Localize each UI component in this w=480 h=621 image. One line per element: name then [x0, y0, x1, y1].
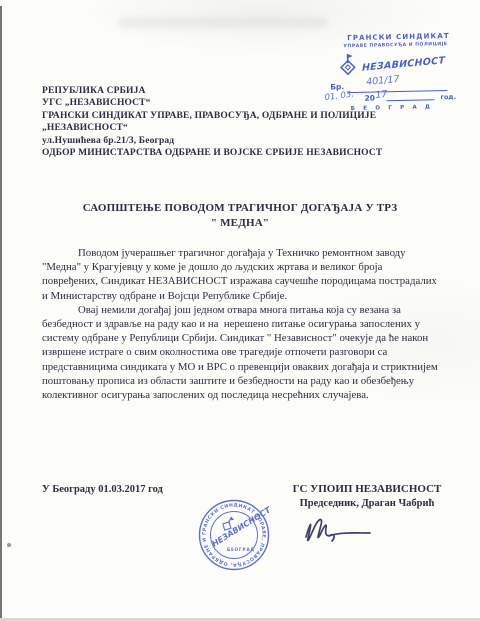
- letterhead: РЕПУБЛИКА СРБИЈА УГС „НЕЗАВИСНОСТ“ ГРАНС…: [42, 85, 452, 159]
- document-title-line1: САОПШТЕЊЕ ПОВОДОМ ТРАГИЧНОГ ДОГАЂАЈА У Т…: [40, 201, 440, 216]
- signature-block: ГС УПОИП НЕЗАВИСНОСТ Председник, Драган …: [272, 482, 462, 511]
- scan-edge-left: [0, 6, 2, 621]
- receipt-stamp-logo-text: НЕЗАВИСНОСТ: [362, 55, 445, 74]
- scan-smudge: [118, 17, 328, 28]
- document-page: ГРАНСКИ СИНДИКАТ УПРАВЕ ПРАВОСУЂА И ПОЛИ…: [0, 0, 480, 621]
- receipt-stamp-branch-line: УПРАВЕ ПРАВОСУЂА И ПОЛИЦИЈЕ: [343, 42, 447, 49]
- handwritten-signature: [296, 511, 380, 557]
- round-stamp-city-text: БЕОГРАД: [227, 547, 255, 552]
- scan-speck: [7, 543, 11, 547]
- letterhead-line-ugs: УГС „НЕЗАВИСНОСТ“: [42, 97, 452, 109]
- letterhead-line-board: ОДБОР МИНИСТАРСТВА ОДБРАНЕ И ВОЈСКЕ СРБИ…: [42, 147, 452, 159]
- letterhead-line-republic: РЕПУБЛИКА СРБИЈА: [42, 85, 452, 97]
- letterhead-line-address: ул.Нушићева бр.21/3, Београд: [42, 135, 452, 147]
- place-and-date: У Београду 01.03.2017 год: [42, 484, 163, 495]
- body-paragraph-1: Поводом јучерашњег трагичног догађаја у …: [42, 246, 438, 303]
- body-paragraph-2: Овај немили догађај још једном отвара мн…: [42, 303, 438, 402]
- letterhead-line-nezavisnost: „НЕЗАВИСНОСТ“: [42, 122, 452, 134]
- letterhead-line-branch-union: ГРАНСКИ СИНДИКАТ УПРАВЕ, ПРАВОСУЂА, ОДБР…: [42, 110, 452, 122]
- signature-org: ГС УПОИП НЕЗАВИСНОСТ: [272, 482, 462, 497]
- union-flag-icon: [340, 53, 357, 79]
- document-title: САОПШТЕЊЕ ПОВОДОМ ТРАГИЧНОГ ДОГАЂАЈА У Т…: [40, 201, 440, 231]
- receipt-stamp-org-line: ГРАНСКИ СИНДИКАТ: [347, 32, 450, 42]
- document-title-line2: " МЕДНА": [40, 216, 440, 231]
- round-stamp: ГРАНСКИ СИНДИКАТ УПРАВЕ, ПРАВОСУЂА, ОДБР…: [194, 495, 274, 575]
- signature-signer: Председник, Драган Чабрић: [272, 497, 462, 511]
- document-body: Поводом јучерашњег трагичног догађаја у …: [42, 246, 438, 402]
